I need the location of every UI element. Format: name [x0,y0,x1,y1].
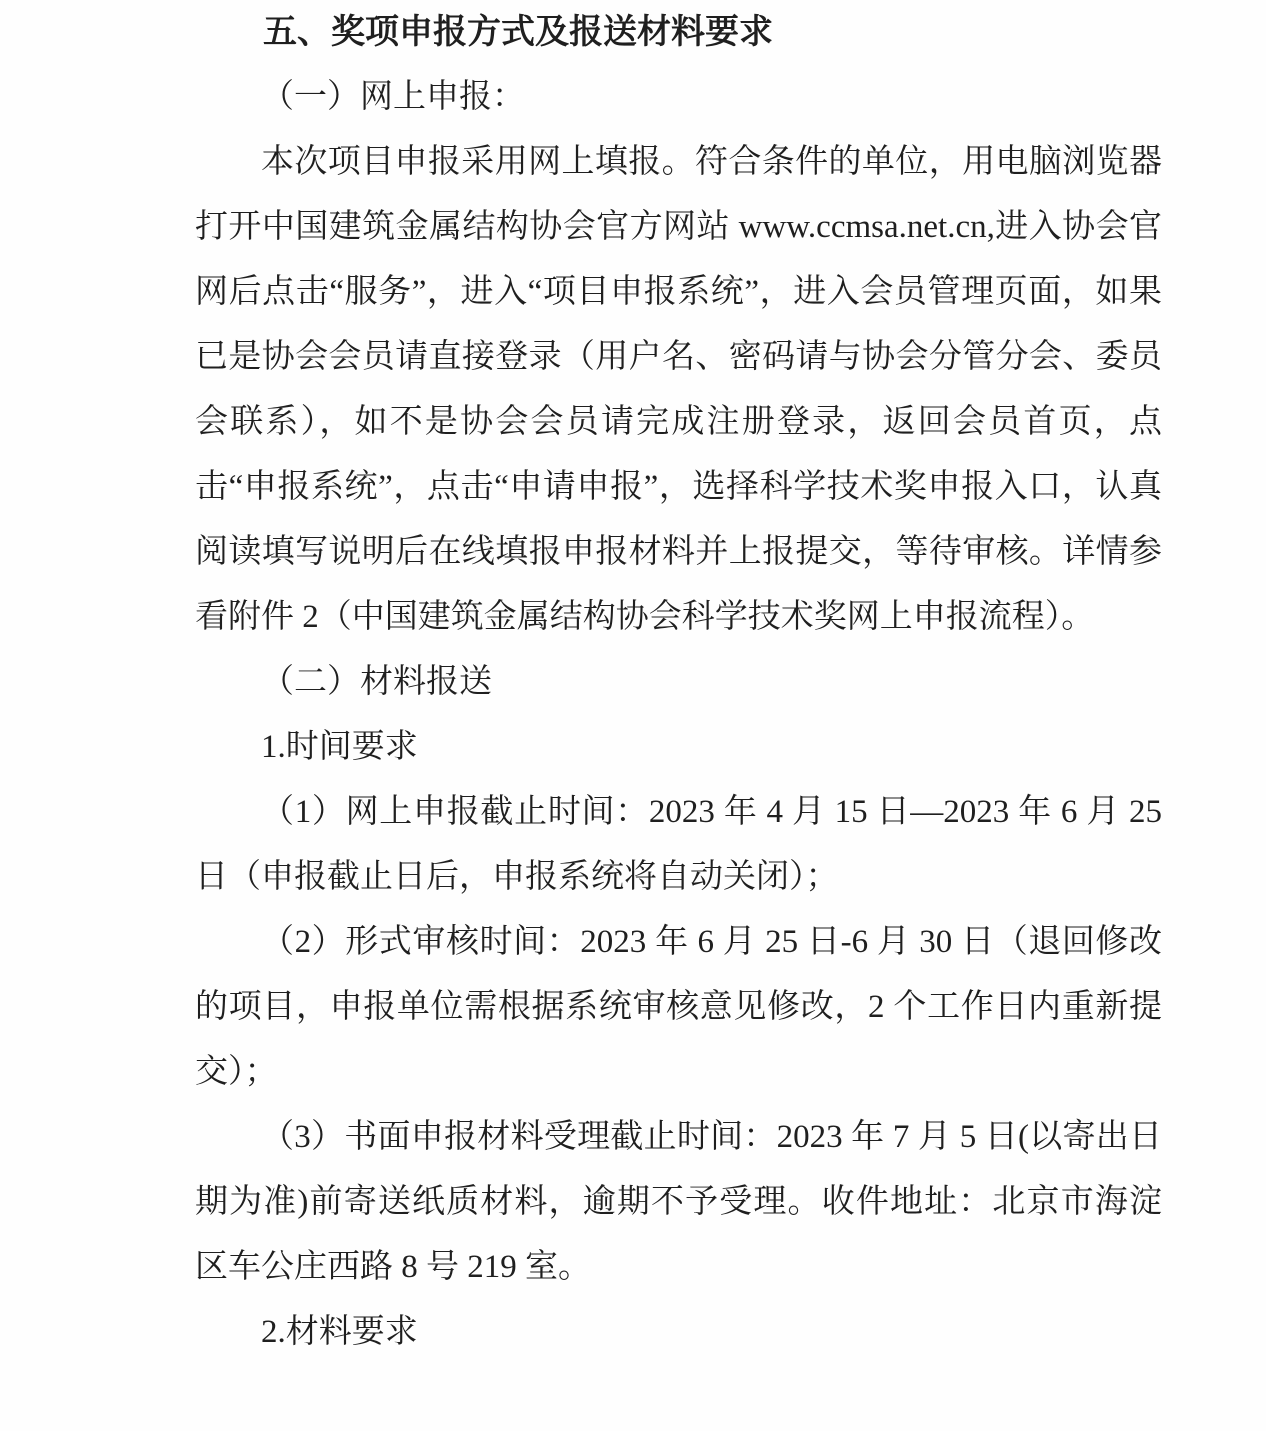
subheading-material-submission: （二）材料报送 [195,650,1162,715]
document-page: 五、奖项申报方式及报送材料要求 （一）网上申报： 本次项目申报采用网上填报。符合… [0,0,1266,1431]
paragraph-online-application: 本次项目申报采用网上填报。符合条件的单位，用电脑浏览器打开中国建筑金属结构协会官… [195,130,1162,650]
subheading-online-application: （一）网上申报： [195,65,1162,130]
paragraph-online-deadline: （1）网上申报截止时间：2023 年 4 月 15 日—2023 年 6 月 2… [195,780,1162,910]
section-heading: 五、奖项申报方式及报送材料要求 [195,0,1162,65]
paragraph-paper-deadline: （3）书面申报材料受理截止时间：2023 年 7 月 5 日(以寄出日期为准)前… [195,1105,1162,1300]
paragraph-review-period: （2）形式审核时间：2023 年 6 月 25 日-6 月 30 日（退回修改的… [195,910,1162,1105]
item-material-requirement: 2.材料要求 [195,1300,1162,1365]
item-time-requirement: 1.时间要求 [195,715,1162,780]
